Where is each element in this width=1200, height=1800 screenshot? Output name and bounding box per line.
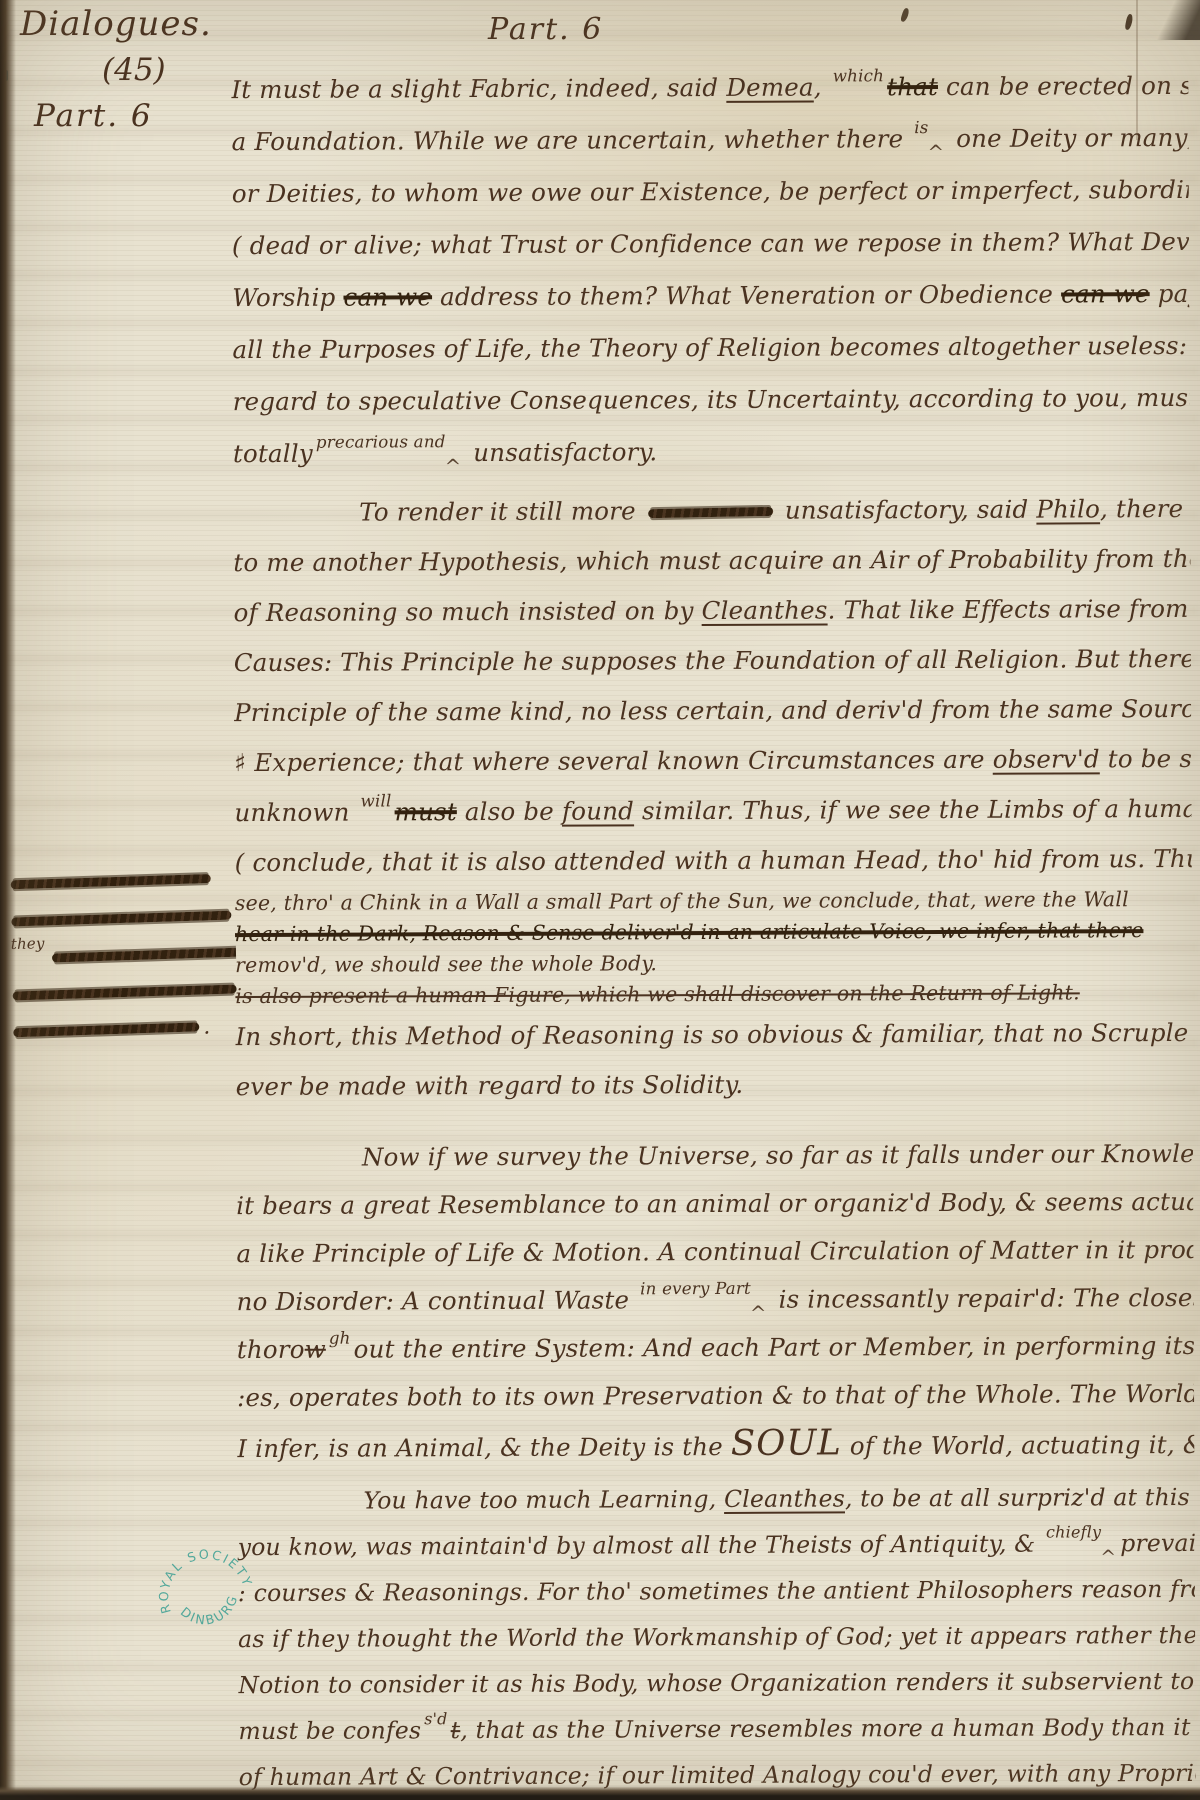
text-run: : courses & Reasonings. For tho' sometim… xyxy=(238,1574,1195,1607)
caret-mark: ^ xyxy=(1100,1535,1116,1570)
manuscript-line: see, thro' a Chink in a Wall a small Par… xyxy=(235,884,1192,919)
manuscript-line: must be confess'dt, that as the Universe… xyxy=(238,1704,1195,1754)
deleted-word: can we xyxy=(343,282,432,311)
deleted-word: can we xyxy=(1061,279,1150,308)
manuscript-line: ( conclude, that it is also attended wit… xyxy=(235,834,1192,888)
text-run: can be erected on so tottering xyxy=(938,70,1188,101)
text-run: SOUL xyxy=(731,1422,842,1463)
text-run: ( conclude, that it is also attended wit… xyxy=(235,843,1192,877)
scored-out-marginal-note: they,. xyxy=(6,860,237,1049)
text-run: it bears a great Resemblance to an anima… xyxy=(236,1186,1193,1220)
text-run: to be similar, the xyxy=(1100,743,1192,773)
manuscript-line xyxy=(7,897,236,938)
text-run: :es, operates both to its own Preservati… xyxy=(237,1378,1194,1412)
manuscript-line: Worship can we address to them? What Ven… xyxy=(232,268,1189,324)
text-run: . That like Effects arise from like xyxy=(828,594,1191,625)
manuscript-line: : courses & Reasonings. For tho' sometim… xyxy=(238,1566,1195,1616)
text-run: , to be at all surpriz'd at this Opinion… xyxy=(845,1482,1195,1512)
margin-part-label: Part. 6 xyxy=(34,98,153,134)
caret-mark: ^ xyxy=(445,441,462,480)
caret-mark: ^ xyxy=(928,127,945,168)
manuscript-line: Notion to consider it as his Body, whose… xyxy=(238,1658,1195,1708)
manuscript-line: as if they thought the World the Workman… xyxy=(238,1612,1195,1662)
text-run: Cleanthes xyxy=(702,595,828,625)
text-run: Worship xyxy=(232,283,343,312)
text-run: as if they thought the World the Workman… xyxy=(238,1621,1195,1654)
text-run: or Deities, to whom we owe our Existence… xyxy=(232,175,1189,209)
text-run: unknown xyxy=(234,798,357,828)
text-run: similar. Thus, if we see the Limbs of a … xyxy=(634,793,1192,825)
text-run: Causes: This Principle he supposes the F… xyxy=(234,643,1191,677)
manuscript-line: regard to speculative Consequences, its … xyxy=(233,372,1190,428)
manuscript-line: is also present a human Figure, which we… xyxy=(235,977,1192,1012)
deleted-word: must xyxy=(395,797,457,826)
text-run: must be confes xyxy=(238,1716,421,1745)
page-bottom-edge xyxy=(0,1786,1200,1800)
manuscript-line: In short, this Method of Reasoning is so… xyxy=(235,1008,1192,1062)
text-run: I infer, is an Animal, & the Deity is th… xyxy=(237,1432,731,1463)
stamp-arc-top: ROYAL SOCIETY xyxy=(143,1533,256,1616)
text-run: Principle of the same kind, no less cert… xyxy=(234,694,1191,727)
manuscript-line: no Disorder: A continual Waste in every … xyxy=(237,1274,1194,1326)
manuscript-line: to me another Hypothesis, which must acq… xyxy=(233,534,1190,588)
manuscript-line: ever be made with regard to its Solidity… xyxy=(236,1058,1193,1112)
manuscript-line: it bears a great Resemblance to an anima… xyxy=(236,1178,1193,1230)
ink-mark xyxy=(900,7,910,22)
text-run: Notion to consider it as his Body, whose… xyxy=(238,1666,1195,1699)
page-corner-shadow xyxy=(1122,0,1200,40)
text-run: a Foundation. While we are uncertain, wh… xyxy=(231,124,911,156)
text-run: ever be made with regard to its Solidity… xyxy=(236,1070,744,1101)
manuscript-line: I infer, is an Animal, & the Deity is th… xyxy=(237,1418,1194,1470)
text-run: Demea xyxy=(726,73,814,102)
text-run: of the World, actuating it, & actuated b… xyxy=(842,1429,1195,1460)
text-run: ( dead or alive; what Trust or Confidenc… xyxy=(232,226,1189,260)
text-run: . xyxy=(203,1014,211,1039)
stamp-arc-bottom: EDINBURGH xyxy=(136,1523,247,1645)
inserted-word: precarious and xyxy=(316,442,446,443)
text-run: , xyxy=(814,72,830,101)
text-run: out the entire System: And each Part or … xyxy=(354,1330,1194,1363)
text-run: It must be a slight Fabric, indeed, said xyxy=(231,73,726,104)
manuscript-line: ♯ Experience; that where several known C… xyxy=(234,734,1191,788)
caret-mark: ^ xyxy=(750,1290,767,1326)
text-run: totally xyxy=(233,439,313,468)
manuscript-line: . xyxy=(9,1008,238,1049)
text-run: In short, this Method of Reasoning is so… xyxy=(235,1018,1192,1051)
text-run: To render it still more xyxy=(359,496,644,526)
deleted-word: hear in the Dark, Reason & Sense deliver… xyxy=(235,918,1144,946)
manuscript-line: ( dead or alive; what Trust or Confidenc… xyxy=(232,216,1189,272)
text-run: one Deity or many; whether the Deity xyxy=(948,122,1189,153)
scored-out-text xyxy=(52,947,237,962)
scored-out-text xyxy=(11,910,231,926)
manuscript-line: or Deities, to whom we owe our Existence… xyxy=(232,164,1189,220)
manuscript-line: :es, operates both to its own Preservati… xyxy=(237,1370,1194,1422)
manuscript-line: unknown willmust also be found similar. … xyxy=(234,784,1191,838)
manuscript-line: Principle of the same kind, no less cert… xyxy=(234,684,1191,738)
scored-out-text xyxy=(648,507,773,518)
manuscript-line: you know, was maintain'd by almost all t… xyxy=(238,1520,1195,1570)
deleted-word: t xyxy=(451,1716,461,1744)
text-run: unsatisfactory, said xyxy=(777,495,1037,525)
text-run: to me another Hypothesis, which must acq… xyxy=(233,543,1190,577)
text-run: Cleanthes xyxy=(724,1484,845,1513)
text-run: unsatisfactory. xyxy=(465,437,657,467)
manuscript-line: a Foundation. While we are uncertain, wh… xyxy=(231,112,1188,168)
manuscript-line: remov'd, we should see the whole Body. xyxy=(235,946,1192,981)
manuscript-line: It must be a slight Fabric, indeed, said… xyxy=(231,60,1188,116)
text-run: thoro xyxy=(237,1335,305,1364)
text-run: of Reasoning so much insisted on by xyxy=(234,596,702,627)
text-run: Philo xyxy=(1036,494,1100,523)
margin-page-number: (45) xyxy=(102,52,166,88)
manuscript-line xyxy=(6,860,235,901)
text-run: you know, was maintain'd by almost all t… xyxy=(238,1530,1043,1562)
text-run: found xyxy=(562,796,634,825)
scored-out-text xyxy=(11,874,211,889)
text-run: observ'd xyxy=(993,744,1100,773)
manuscript-line: You have too much Learning, Cleanthes, t… xyxy=(237,1474,1194,1524)
text-run: regard to speculative Consequences, its … xyxy=(233,382,1190,416)
text-run: also be xyxy=(457,797,562,826)
text-run: no Disorder: A continual Waste xyxy=(237,1285,638,1316)
deleted-word: that xyxy=(887,72,938,101)
text-run: address to them? What Veneration or Obed… xyxy=(432,279,1061,311)
text-run: is incessantly repair'd: The closest Sym… xyxy=(771,1282,1194,1314)
manuscript-line: thorowghout the entire System: And each … xyxy=(237,1322,1194,1374)
manuscript-line xyxy=(8,971,237,1012)
text-run: , that as the Universe resembles more a … xyxy=(460,1712,1195,1744)
text-run: see, thro' a Chink in a Wall a small Par… xyxy=(235,887,1129,915)
page-title: Part. 6 xyxy=(488,12,603,47)
text-run: Now if we survey the Universe, so far as… xyxy=(362,1139,1193,1172)
manuscript-line: Causes: This Principle he supposes the F… xyxy=(234,634,1191,688)
scored-out-text xyxy=(13,984,237,1000)
manuscript-line: To render it still more unsatisfactory, … xyxy=(233,484,1190,538)
manuscript-line: a like Principle of Life & Motion. A con… xyxy=(236,1226,1193,1278)
manuscript-line: hear in the Dark, Reason & Sense deliver… xyxy=(235,915,1192,950)
text-run: ♯ Experience; that where several known C… xyxy=(234,745,993,777)
manuscript-line: totallyprecarious and^ unsatisfactory. xyxy=(233,424,1190,480)
manuscript-text: It must be a slight Fabric, indeed, said… xyxy=(231,60,1196,1800)
text-run: all the Purposes of Life, the Theory of … xyxy=(232,330,1189,364)
margin-title: Dialogues. xyxy=(20,4,212,44)
text-run: pay them? To xyxy=(1150,278,1190,308)
text-run: , there occurs xyxy=(1100,494,1190,524)
manuscript-page: { "meta": { "ink_color": "#4a3220", "sta… xyxy=(0,0,1200,1800)
book-gutter-edge xyxy=(0,0,16,1800)
text-run: a like Principle of Life & Motion. A con… xyxy=(236,1235,1193,1268)
manuscript-line: they, xyxy=(8,934,237,975)
text-run: prevails in their Dis: xyxy=(1120,1528,1195,1557)
manuscript-line: all the Purposes of Life, the Theory of … xyxy=(232,320,1189,376)
text-run: You have too much Learning, xyxy=(363,1485,724,1515)
manuscript-line: Now if we survey the Universe, so far as… xyxy=(236,1130,1193,1182)
deleted-word: w xyxy=(305,1335,326,1364)
deleted-word: is also present a human Figure, which we… xyxy=(235,980,1080,1008)
manuscript-line: of Reasoning so much insisted on by Clea… xyxy=(234,584,1191,638)
text-run: remov'd, we should see the whole Body. xyxy=(235,951,657,977)
scored-out-text xyxy=(13,1022,199,1037)
